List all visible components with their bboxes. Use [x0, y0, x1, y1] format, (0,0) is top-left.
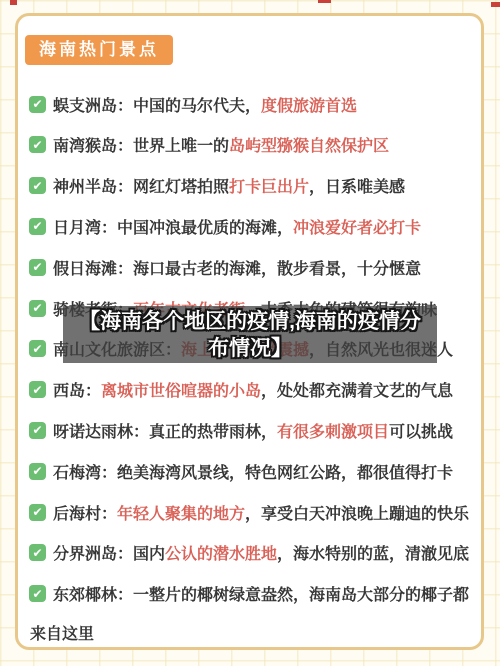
item-text-segment: 冲浪爱好者必打卡 [293, 220, 421, 237]
list-item: ✔呀诺达雨林：真正的热带雨林，有很多刺激项目可以挑战 [29, 419, 453, 441]
checkbox-icon: ✔ [29, 300, 46, 317]
caption-overlay: 【海南各个地区的疫情,海南的疫情分 布情况】 [63, 306, 437, 363]
section-header-label: 海南热门景点 [39, 40, 159, 59]
list-item: ✔假日海滩：海口最古老的海滩，散步看景，十分惬意 [29, 256, 421, 278]
item-text-segment: 假日海滩：海口最古老的海滩，散步看景，十分惬意 [53, 261, 421, 278]
list-item: ✔蜈支洲岛：中国的马尔代夫，度假旅游首选 [29, 93, 357, 115]
item-text: 神州半岛：网红灯塔拍照打卡巨出片，日系唯美感 [53, 174, 405, 197]
section-header-badge: 海南热门景点 [25, 35, 173, 65]
item-text-segment: ，享受白天冲浪晚上蹦迪的快乐 [245, 506, 469, 523]
checkbox-icon: ✔ [29, 381, 46, 398]
item-text-segment: ，处处都充满着文艺的气息 [261, 383, 453, 400]
item-text-segment: 打卡巨出片 [229, 179, 309, 196]
item-text: 蜈支洲岛：中国的马尔代夫，度假旅游首选 [53, 93, 357, 116]
item-text-segment: 呀诺达雨林：真正的热带雨林， [53, 424, 277, 441]
item-text-segment: 分界洲岛：国内 [53, 546, 165, 563]
item-text-segment: 离城市世俗喧器的小岛 [101, 383, 261, 400]
checkbox-icon: ✔ [29, 340, 46, 357]
red-mark-top-middle [318, 0, 331, 3]
checkbox-icon: ✔ [29, 422, 46, 439]
item-text-segment: ，海水特别的蓝，清澈见底 [277, 546, 469, 563]
caption-line-1: 【海南各个地区的疫情,海南的疫情分 [79, 308, 421, 335]
list-item: ✔分界洲岛：国内公认的潜水胜地，海水特别的蓝，清澈见底 [29, 542, 469, 564]
item-text-segment: 东郊椰林：一整片的椰树绿意盎然，海南岛大部分的椰子都 [53, 587, 469, 604]
checkbox-icon: ✔ [29, 96, 46, 113]
list-item: ✔西岛：离城市世俗喧器的小岛，处处都充满着文艺的气息 [29, 379, 453, 401]
item-text: 西岛：离城市世俗喧器的小岛，处处都充满着文艺的气息 [53, 378, 453, 401]
checkbox-icon: ✔ [29, 136, 46, 153]
list-item: ✔石梅湾：绝美海湾风景线，特色网红公路，都很值得打卡 [29, 460, 453, 482]
item-text: 假日海滩：海口最古老的海滩，散步看景，十分惬意 [53, 256, 421, 279]
item-text-segment: 蜈支洲岛：中国的马尔代夫， [53, 98, 261, 115]
item-text: 呀诺达雨林：真正的热带雨林，有很多刺激项目可以挑战 [53, 419, 453, 442]
checkbox-icon: ✔ [29, 544, 46, 561]
item-text-segment: 年轻人聚集的地方 [117, 506, 245, 523]
item-text: 日月湾：中国冲浪最优质的海滩，冲浪爱好者必打卡 [53, 215, 421, 238]
list-item-continuation: 来自这里 [30, 624, 94, 646]
item-text-segment: 可以挑战 [389, 424, 453, 441]
item-text-segment: 神州半岛：网红灯塔拍照 [53, 179, 229, 196]
item-text-segment: 日月湾：中国冲浪最优质的海滩， [53, 220, 293, 237]
red-mark-top-right [491, 2, 500, 7]
red-mark-top-left [10, 0, 17, 5]
item-text: 分界洲岛：国内公认的潜水胜地，海水特别的蓝，清澈见底 [53, 541, 469, 564]
item-text-segment: 南湾猴岛：世界上唯一的 [53, 138, 229, 155]
checkbox-icon: ✔ [29, 504, 46, 521]
list-item: ✔日月湾：中国冲浪最优质的海滩，冲浪爱好者必打卡 [29, 215, 421, 237]
item-text-segment: 西岛： [53, 383, 101, 400]
checkbox-icon: ✔ [29, 585, 46, 602]
item-text: 后海村：年轻人聚集的地方，享受白天冲浪晚上蹦迪的快乐 [53, 501, 469, 524]
list-item: ✔东郊椰林：一整片的椰树绿意盎然，海南岛大部分的椰子都 [29, 583, 469, 605]
item-text-segment: 石梅湾：绝美海湾风景线，特色网红公路，都很值得打卡 [53, 465, 453, 482]
page-background: { "colors": { "dark": "#363636", "red": … [0, 0, 500, 666]
list-item: ✔后海村：年轻人聚集的地方，享受白天冲浪晚上蹦迪的快乐 [29, 501, 469, 523]
item-text-segment: 后海村： [53, 506, 117, 523]
checkbox-icon: ✔ [29, 463, 46, 480]
item-text: 石梅湾：绝美海湾风景线，特色网红公路，都很值得打卡 [53, 460, 453, 483]
list-item: ✔南湾猴岛：世界上唯一的岛屿型猕猴自然保护区 [29, 134, 389, 156]
checkbox-icon: ✔ [29, 259, 46, 276]
item-text-segment: 有很多刺激项目 [277, 424, 389, 441]
item-text-segment: ，日系唯美感 [309, 179, 405, 196]
checkbox-icon: ✔ [29, 218, 46, 235]
item-text-segment: 公认的潜水胜地 [165, 546, 277, 563]
item-text: 南湾猴岛：世界上唯一的岛屿型猕猴自然保护区 [53, 133, 389, 156]
list-item: ✔神州半岛：网红灯塔拍照打卡巨出片，日系唯美感 [29, 175, 405, 197]
item-text-segment: 岛屿型猕猴自然保护区 [229, 138, 389, 155]
checkbox-icon: ✔ [29, 177, 46, 194]
item-text-segment: 度假旅游首选 [261, 98, 357, 115]
caption-line-2: 布情况】 [208, 335, 292, 362]
item-text: 东郊椰林：一整片的椰树绿意盎然，海南岛大部分的椰子都 [53, 582, 469, 605]
